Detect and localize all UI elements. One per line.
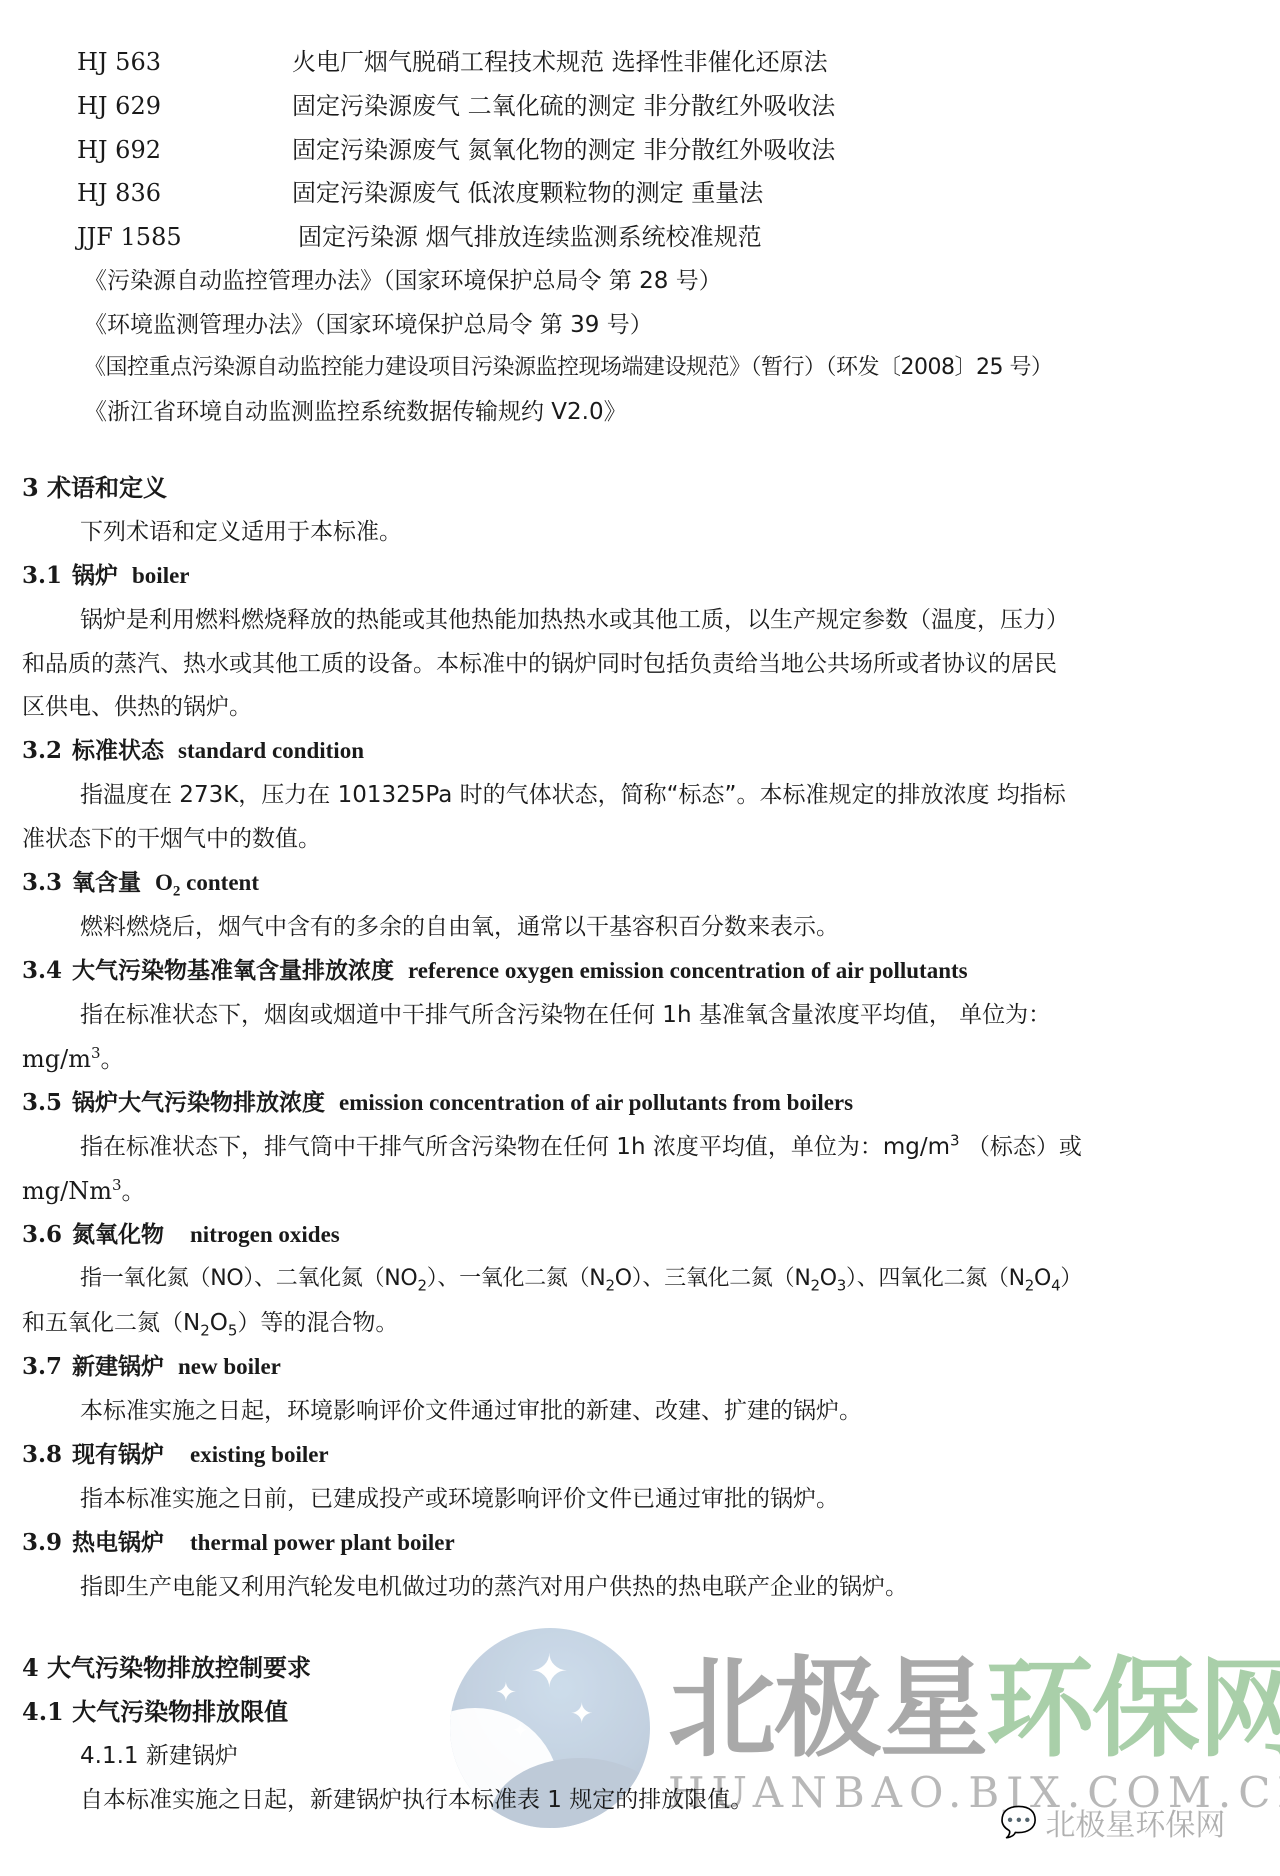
ref-title: 固定污染源废气 低浓度颗粒物的测定 重量法 — [292, 178, 763, 208]
section-heading: 4 大气污染物排放控制要求 — [22, 1653, 311, 1683]
term-en: boiler — [132, 563, 190, 588]
law-reference: 《浙江省环境自动监测监控系统数据传输规约 V2.0》 — [84, 397, 627, 427]
section-intro: 下列术语和定义适用于本标准。 — [80, 517, 402, 547]
term-en: reference oxygen emission concentration … — [408, 958, 968, 983]
term-definition: 指一氧化氮（NO）、二氧化氮（NO2）、一氧化二氮（N2O）、三氧化二氮（N2O… — [80, 1264, 1082, 1294]
subsection-heading: 4.1 大气污染物排放限值 — [22, 1697, 288, 1727]
wechat-icon: 💬 — [1000, 1805, 1037, 1840]
term-definition: 锅炉是利用燃料燃烧释放的热能或其他热能加热热水或其他工质，以生产规定参数（温度，… — [80, 605, 1069, 635]
section-heading: 3 术语和定义 — [22, 473, 167, 503]
ref-title: 固定污染源 烟气排放连续监测系统校准规范 — [298, 222, 762, 252]
ref-title: 固定污染源废气 氮氧化物的测定 非分散红外吸收法 — [292, 135, 835, 165]
star-icon: ✦ — [512, 1720, 529, 1740]
term-en: thermal power plant boiler — [190, 1530, 455, 1555]
term-number: 3.5 — [22, 1089, 62, 1116]
term-unit: mg/m3。 — [22, 1044, 125, 1074]
term-cn: 锅炉 — [72, 562, 118, 589]
term-heading: 3.4大气污染物基准氧含量排放浓度reference oxygen emissi… — [22, 956, 968, 986]
term-cn: 锅炉大气污染物排放浓度 — [72, 1089, 325, 1116]
ref-code: JJF 1585 — [77, 222, 182, 252]
star-icon: ✦ — [495, 1680, 517, 1706]
watermark-url: HUANBAO.BJX.COM.CN — [668, 1768, 1280, 1817]
section-text: 自本标准实施之日起，新建锅炉执行本标准表 1 规定的排放限值。 — [80, 1785, 753, 1815]
term-heading: 3.6氮氧化物nitrogen oxides — [22, 1220, 340, 1250]
term-heading: 3.9热电锅炉thermal power plant boiler — [22, 1528, 455, 1558]
term-definition: 和品质的蒸汽、热水或其他工质的设备。本标准中的锅炉同时包括负责给当地公共场所或者… — [22, 649, 1057, 679]
term-heading: 3.5锅炉大气污染物排放浓度emission concentration of … — [22, 1088, 853, 1118]
term-definition: 指温度在 273K，压力在 101325Pa 时的气体状态，简称“标态”。本标准… — [80, 780, 1066, 810]
term-heading: 3.3氧含量O2 content — [22, 868, 259, 898]
term-definition: 指即生产电能又利用汽轮发电机做过功的蒸汽对用户供热的热电联产企业的锅炉。 — [80, 1572, 908, 1602]
law-reference: 《污染源自动监控管理办法》（国家环境保护总局令 第 28 号） — [84, 266, 722, 296]
law-reference: 《国控重点污染源自动监控能力建设项目污染源监控现场端建设规范》（暂行）（环发〔2… — [84, 353, 1052, 383]
law-reference: 《环境监测管理办法》（国家环境保护总局令 第 39 号） — [84, 310, 653, 340]
term-en: O2 content — [155, 870, 259, 895]
term-number: 3.7 — [22, 1353, 62, 1380]
term-en: emission concentration of air pollutants… — [339, 1090, 853, 1115]
term-number: 3.3 — [22, 869, 62, 896]
term-number: 3.9 — [22, 1529, 62, 1556]
term-en: nitrogen oxides — [190, 1222, 340, 1247]
term-cn: 现有锅炉 — [72, 1441, 164, 1468]
term-heading: 3.7新建锅炉new boiler — [22, 1352, 281, 1382]
term-heading: 3.1锅炉boiler — [22, 561, 190, 591]
star-icon: ✦ — [530, 1648, 569, 1694]
term-number: 3.4 — [22, 957, 62, 984]
term-cn: 标准状态 — [72, 737, 164, 764]
term-definition: 和五氧化二氮（N2O5）等的混合物。 — [22, 1308, 398, 1338]
term-definition: 燃料燃烧后，烟气中含有的多余的自由氧，通常以干基容积百分数来表示。 — [80, 912, 839, 942]
term-cn: 氮氧化物 — [72, 1221, 164, 1248]
term-cn: 新建锅炉 — [72, 1353, 164, 1380]
term-definition: 指在标准状态下，排气筒中干排气所含污染物在任何 1h 浓度平均值，单位为：mg/… — [80, 1132, 1082, 1162]
term-unit: mg/Nm3。 — [22, 1176, 146, 1206]
term-number: 3.6 — [22, 1221, 62, 1248]
term-heading: 3.8现有锅炉existing boiler — [22, 1440, 329, 1470]
term-cn: 大气污染物基准氧含量排放浓度 — [72, 957, 394, 984]
term-definition: 区供电、供热的锅炉。 — [22, 692, 252, 722]
term-heading: 3.2标准状态standard condition — [22, 736, 364, 766]
ref-code: HJ 629 — [77, 91, 161, 121]
watermark-wechat: 💬 北极星环保网 — [1000, 1800, 1225, 1844]
term-cn: 氧含量 — [72, 869, 141, 896]
ref-code: HJ 563 — [77, 47, 161, 77]
term-en: standard condition — [178, 738, 364, 763]
ref-code: HJ 692 — [77, 135, 161, 165]
ref-code: HJ 836 — [77, 178, 161, 208]
ref-title: 固定污染源废气 二氧化硫的测定 非分散红外吸收法 — [292, 91, 835, 121]
term-number: 3.1 — [22, 562, 62, 589]
term-definition: 准状态下的干烟气中的数值。 — [22, 824, 321, 854]
term-en: new boiler — [178, 1354, 281, 1379]
term-definition: 指本标准实施之日前，已建成投产或环境影响评价文件已通过审批的锅炉。 — [80, 1484, 839, 1514]
term-cn: 热电锅炉 — [72, 1529, 164, 1556]
star-icon: ✦ — [570, 1700, 593, 1728]
ref-title: 火电厂烟气脱硝工程技术规范 选择性非催化还原法 — [292, 47, 828, 77]
term-number: 3.2 — [22, 737, 62, 764]
term-en: existing boiler — [190, 1442, 329, 1467]
subsubsection-heading: 4.1.1 新建锅炉 — [80, 1741, 238, 1771]
term-number: 3.8 — [22, 1441, 62, 1468]
watermark-brand: 北极星环保网 — [668, 1650, 1280, 1770]
term-definition: 指在标准状态下，烟囱或烟道中干排气所含污染物在任何 1h 基准氧含量浓度平均值，… — [80, 1000, 1051, 1030]
term-definition: 本标准实施之日起，环境影响评价文件通过审批的新建、改建、扩建的锅炉。 — [80, 1396, 862, 1426]
